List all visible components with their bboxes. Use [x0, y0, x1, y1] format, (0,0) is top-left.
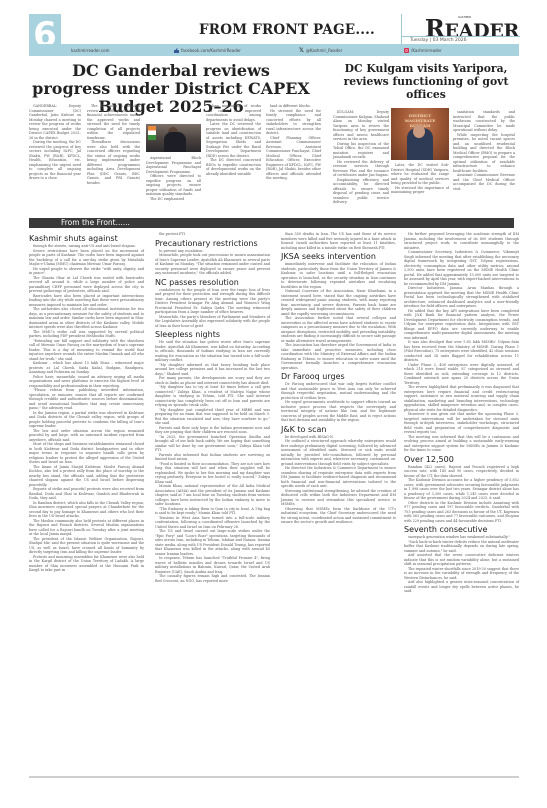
brand-block: KASHMIR READER Tuesday | 03 March 2026	[401, 14, 519, 44]
paragraph: Threadbare discussions were also held wi…	[87, 140, 140, 185]
paragraph: "My daughter just completed third year o…	[155, 408, 270, 426]
paragraph: The Ghanta Ghar at Lal Chowk was sealed …	[29, 276, 144, 294]
paragraph: The repeated winter shortfalls since 201…	[404, 567, 519, 581]
subhead: JKSA seeks intervention	[281, 252, 396, 262]
paragraph: Reports of strike and peaceful protests …	[29, 487, 144, 501]
paragraph: Arif also highlighted a greater intra-se…	[404, 580, 519, 594]
continuation-column: Kashmir shuts againstthrough the streets…	[29, 232, 144, 573]
paragraph: Later, the DC visited Sub-District Hospi…	[391, 163, 449, 186]
paragraph: "Food is limited in their accommodation.…	[155, 462, 270, 485]
paragraph: In response, Tehran has launched "Truthf…	[155, 556, 270, 574]
continuation-column: He further proposed leveraging the acade…	[404, 232, 519, 594]
paragraph: KULGAM: Deputy Commissioner Kulgam, Shah…	[333, 110, 389, 142]
website-link[interactable]: kashmirreader.com	[71, 48, 109, 53]
article-column: land in different blocks.He stressed the…	[266, 104, 321, 181]
issue-date: Tuesday | 03 March 2026	[410, 38, 466, 43]
paragraph: Meanwhile, people took out processions t…	[155, 253, 270, 276]
paragraph: condolences to the people of Iran over t…	[155, 288, 270, 315]
article-column: close monitoring of works and called for…	[206, 104, 261, 176]
instagram-icon	[404, 48, 409, 53]
paragraph: Parents said their only hope is the Indi…	[155, 426, 270, 435]
subhead: Sleepless nights	[155, 330, 270, 340]
subhead: Dr Farooq urges	[281, 372, 396, 382]
paragraph: "My daughter informed us that heavy bomb…	[155, 363, 270, 377]
article-column: KULGAM: Deputy Commissioner Kulgam, Shah…	[333, 110, 389, 205]
paragraph: Dr. Farooq underscored that war only beg…	[281, 382, 396, 400]
continuation-column: the protest.PTIPrecautionary restriction…	[155, 232, 270, 583]
paragraph: Parents also informed that Indian studen…	[155, 453, 270, 462]
subhead: Precautionary restrictions	[155, 239, 270, 249]
article-column: The DC took a detailed review of both ph…	[87, 104, 140, 185]
paragraph: Emphasising efficiency and accountabilit…	[333, 178, 389, 205]
paragraph: The casualty figures remain high and con…	[155, 574, 270, 583]
subhead: NC passes resolution	[155, 278, 270, 288]
paragraph: Later, the DC reviewed the progress on i…	[206, 122, 261, 158]
paragraph: Protests and mourning assemblies for Kha…	[29, 555, 144, 573]
paragraph: The Imam of Jamia Masjid Kishtwar, Moulv…	[29, 465, 144, 488]
paragraph: Chief Planning Officer, Assistant Commis…	[266, 136, 321, 181]
paragraph: He stressed the need for timely complian…	[266, 109, 321, 136]
paragraph: Director Industries, Jammu, Arun Manhas …	[404, 286, 519, 309]
paragraph: sanitation standards and instructed that…	[453, 110, 515, 133]
x-link[interactable]: 𝕏 @Kashmir_Reader	[299, 47, 342, 54]
article-column: Later, the DC visited Sub-District Hospi…	[391, 163, 449, 195]
paragraph: The Kashmir Division accounts for a high…	[404, 478, 519, 501]
paragraph: The DC directed concerned BDOs to expedi…	[206, 158, 261, 176]
headline-dc-kulgam: DC Kulgam visits Yaripora, reviews funct…	[333, 62, 519, 101]
paragraph: "The Embassy is taking them to Qom (a ci…	[155, 507, 270, 516]
paragraph: Tensions in West Asia have turned into a…	[155, 516, 270, 530]
paragraph: The MMU's strike call was supported by s…	[29, 330, 144, 339]
paragraph: He urged governments worldwide to suppor…	[281, 400, 396, 423]
flag-icon	[148, 126, 156, 140]
facebook-like-icon	[174, 48, 179, 53]
paragraph: snowpack generation window has weakened …	[404, 535, 519, 540]
social-bar: kashmirreader.com facebook.com/KashmirRe…	[29, 44, 519, 56]
paragraph: Most of the shops and business establish…	[29, 442, 144, 465]
subhead: Kashmir shuts against	[29, 234, 144, 244]
paragraph: While inspecting the hospital premises, …	[453, 133, 515, 174]
subhead: J&K to scan	[281, 425, 396, 435]
paragraph: GANDERBAL: Deputy Commissioner (DC) Gand…	[29, 104, 81, 140]
paragraph: Police have, meanwhile, issued an adviso…	[29, 375, 144, 389]
x-icon: 𝕏	[299, 47, 304, 54]
paragraph: The Association further noted that sever…	[281, 316, 396, 343]
paragraph: He further proposed leveraging the acade…	[404, 232, 519, 250]
paragraph: The DC took a detailed review of both ph…	[87, 104, 140, 140]
paragraph: "My daughter has to try at least 40 time…	[155, 385, 270, 408]
paragraph: The authorities also closed all educatio…	[29, 307, 144, 330]
paragraph: Observing that MSMEs form the backbone o…	[281, 507, 396, 525]
paragraph: He outlined a structured approach whereb…	[281, 439, 396, 466]
article-column: Aspirational Block Development Programme…	[146, 156, 201, 201]
paragraph: Officers were directed to expedite progr…	[146, 174, 201, 197]
paragraph: Aspirational Block Development Programme…	[146, 156, 201, 174]
photo-sign: DISTRICT MAGISTRATE KULGAM	[395, 113, 445, 125]
paragraph: Moreover it was given out that under the…	[404, 412, 519, 435]
photo-dc-ganderbal	[146, 124, 201, 152]
paragraph: "Such back-to-back winter deficits reduc…	[404, 540, 519, 554]
paragraph: He reviewed the delivery of revenue serv…	[333, 160, 389, 178]
paragraph: He said the situation has gotten worse a…	[155, 340, 270, 363]
article-column: GANDERBAL: Deputy Commissioner (DC) Gand…	[29, 104, 81, 181]
newspaper-page: 6 FROM FRONT PAGE.... KASHMIR READER Tue…	[29, 0, 519, 808]
paragraph: Assistant Commissioner Revenue and the C…	[453, 173, 515, 191]
paragraph: the protest.PTI	[155, 232, 270, 237]
brand-divider	[402, 36, 520, 37]
paragraph: Severe restrictions have been placed on …	[29, 249, 144, 267]
paragraph: During his inspection of the Tehsil Offi…	[333, 142, 389, 160]
photo-subject-body	[164, 132, 186, 152]
subhead: Over 12,500	[404, 455, 519, 465]
paragraph: The review highlighted that preliminaril…	[404, 385, 519, 412]
paragraph: He added that the key API integrations h…	[404, 309, 519, 341]
paragraph: Barricades have also been placed at impo…	[29, 294, 144, 308]
paragraph: Stressing institutional strengthening, h…	[281, 489, 396, 507]
paragraph: Arif asserted that the seven consecutive…	[404, 553, 519, 567]
photo-dc-kulgam: DISTRICT MAGISTRATE KULGAM	[391, 108, 449, 160]
paragraph: The meeting was informed that this will …	[404, 435, 519, 453]
subhead: Seventh consecutive	[404, 525, 519, 535]
paragraph: The Muslim community also held protests …	[29, 519, 144, 537]
paragraph: immediately intervene and facilitate the…	[281, 262, 396, 289]
paragraph: Kashmir – which has about 15 lakh Shias …	[29, 361, 144, 375]
from-the-front-banner: From the Front......	[29, 218, 514, 228]
paragraph: The DC emphasized	[146, 197, 201, 202]
paragraph: The president of the Islamic Welfare Org…	[29, 537, 144, 555]
paragraph: National Convener of the Association, Na…	[281, 289, 396, 316]
paragraph: In Ramban district, which also falls in …	[29, 501, 144, 519]
paragraph: Momin Khan, national representative of t…	[155, 484, 270, 507]
paragraph: "Please refrain from publishing unverifi…	[29, 388, 144, 411]
paragraph: "In 2025, the government launched Operat…	[155, 435, 270, 453]
paragraph: Ramban (422 cases). Rajouri and Poonch r…	[404, 465, 519, 479]
paragraph: than 550 deaths in Iran. The US has said…	[281, 232, 396, 250]
instagram-link[interactable]: /Kashmirreader	[404, 48, 442, 53]
paragraph: For many parents, the developments are s…	[155, 376, 270, 385]
article-column: sanitation standards and instructed that…	[453, 110, 515, 191]
paragraph: The US and Israel carried out large-scal…	[155, 529, 270, 556]
paragraph: Under Phase 2, 408 enterprises were digi…	[404, 363, 519, 386]
paragraph: "Extending our full support and solidari…	[29, 339, 144, 362]
paragraph: Meanwhile, the party's Members of Parlia…	[155, 315, 270, 329]
photo-subject-head	[413, 125, 425, 138]
paragraph: through the streets, raising anti-US and…	[29, 244, 144, 249]
paragraph: He urged people to observe the strike "w…	[29, 267, 144, 276]
section-title: FROM FRONT PAGE....	[199, 22, 375, 38]
paragraph: The Association has therefore urged the …	[281, 343, 396, 370]
paragraph: He stressed the importance of maintainin…	[391, 186, 449, 195]
paragraph: It was also divulged that over 5.85 lakh…	[404, 340, 519, 363]
bottom-divider	[29, 776, 519, 778]
paragraph: close monitoring of works and called for…	[206, 104, 261, 122]
paragraph: The law and order situation across the r…	[29, 429, 144, 443]
paragraph: During the meeting, the DC reviewed the …	[29, 140, 81, 181]
paragraph: Other districts in the Kashmir Division …	[404, 501, 519, 524]
facebook-link[interactable]: facebook.com/KashmirReader	[174, 48, 241, 53]
paragraph: Commissioner Secretary, Industries & Com…	[404, 250, 519, 286]
paragraph: He directed the Industries & Commerce De…	[281, 466, 396, 489]
masthead: 6 FROM FRONT PAGE.... KASHMIR READER Tue…	[29, 14, 519, 44]
continuation-column: than 550 deaths in Iran. The US has said…	[281, 232, 396, 525]
paragraph: In the Jammu region, a partial strike wa…	[29, 411, 144, 429]
